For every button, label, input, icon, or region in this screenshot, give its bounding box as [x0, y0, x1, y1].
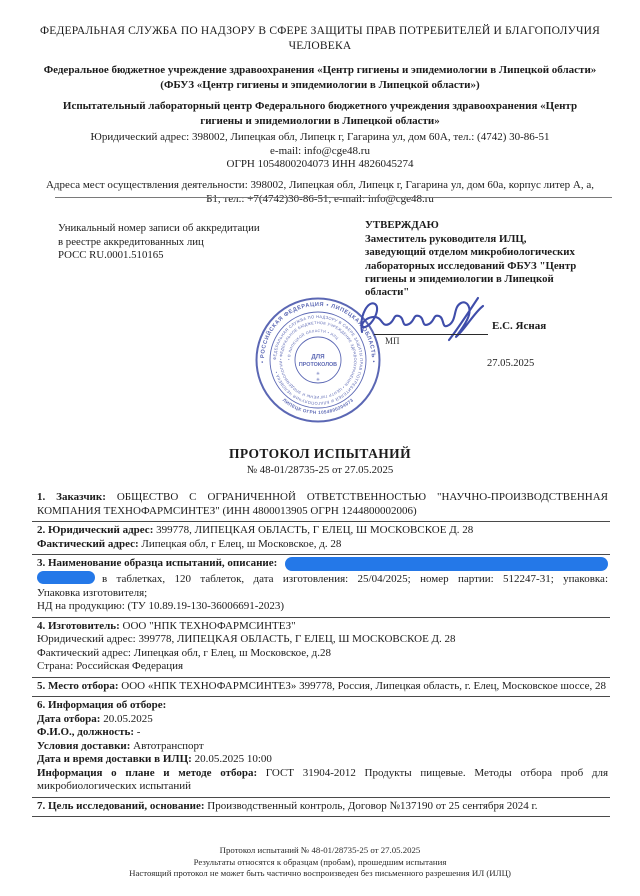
sampling-info-label: 6. Информация об отборе:	[37, 699, 166, 711]
actual-address-label: Фактический адрес:	[37, 538, 139, 550]
approval-block: УТВЕРЖДАЮ Заместитель руководителя ИЛЦ, …	[365, 219, 603, 299]
email-line: e-mail: info@cge48.ru	[30, 145, 610, 159]
sampling-method-label: Информация о плане и методе отбора:	[37, 767, 257, 779]
section-7-purpose: 7. Цель исследований, основание: Произво…	[32, 798, 610, 818]
manufacturer-label: 4. Изготовитель:	[37, 620, 120, 632]
section-3-sample: 3. Наименование образца испытаний, описа…	[32, 555, 610, 618]
protocol-title: ПРОТОКОЛ ИСПЫТАНИЙ	[0, 446, 640, 462]
approval-title: УТВЕРЖДАЮ	[365, 219, 603, 232]
section-6-sampling-info: 6. Информация об отборе: Дата отбора: 20…	[32, 697, 610, 798]
agency-name: ФЕДЕРАЛЬНАЯ СЛУЖБА ПО НАДЗОРУ В СФЕРЕ ЗА…	[30, 24, 610, 54]
protocol-title-block: ПРОТОКОЛ ИСПЫТАНИЙ № 48-01/28735-25 от 2…	[0, 446, 640, 476]
accreditation-number: РОСС RU.0001.510165	[58, 249, 260, 263]
footer-protocol-ref: Протокол испытаний № 48-01/28735-25 от 2…	[0, 845, 640, 857]
stamp-mark1: ✳	[316, 371, 320, 376]
legal-address-value: 399778, ЛИПЕЦКАЯ ОБЛАСТЬ, Г ЕЛЕЦ, Ш МОСК…	[156, 524, 473, 536]
section-4-manufacturer: 4. Изготовитель: ООО "НПК ТЕХНОФАРМСИНТЕ…	[32, 618, 610, 678]
stamp-place-label: МП	[385, 336, 400, 346]
signature-line	[374, 334, 488, 335]
accreditation-block: Уникальный номер записи об аккредитации …	[58, 222, 260, 263]
section-1-label: 1. Заказчик:	[37, 491, 106, 503]
accreditation-line2: в реестре аккредитованных лиц	[58, 236, 260, 250]
redaction-bar-2	[37, 571, 95, 584]
delivery-conditions-label: Условия доставки:	[37, 740, 130, 752]
stamp-center-line1: ДЛЯ	[311, 354, 325, 361]
document-header: ФЕДЕРАЛЬНАЯ СЛУЖБА ПО НАДЗОРУ В СФЕРЕ ЗА…	[30, 24, 610, 206]
redaction-bar-1	[285, 557, 608, 571]
stamp-center-line2: ПРОТОКОЛОВ	[299, 362, 337, 368]
protocol-number: № 48-01/28735-25 от 27.05.2025	[0, 464, 640, 476]
sample-nd: НД на продукцию: (ТУ 10.89.19-130-360066…	[37, 600, 608, 614]
purpose-label: 7. Цель исследований, основание:	[37, 800, 205, 812]
purpose-value: Производственный контроль, Договор №1371…	[207, 800, 537, 812]
section-2-addresses: 2. Юридический адрес: 399778, ЛИПЕЦКАЯ О…	[32, 522, 610, 555]
fio-label: Ф.И.О., должность:	[37, 726, 134, 738]
sample-description: в таблетках, 120 таблеток, дата изготовл…	[102, 573, 608, 585]
organization-name: Федеральное бюджетное учреждение здравоо…	[30, 63, 610, 92]
sampling-date-value: 20.05.2025	[103, 713, 153, 725]
page-footer: Протокол испытаний № 48-01/28735-25 от 2…	[0, 845, 640, 880]
legal-address: Юридический адрес: 398002, Липецкая обл,…	[30, 131, 610, 145]
footer-results-note: Результаты относятся к образцам (пробам)…	[0, 857, 640, 869]
actual-address-value: Липецкая обл, г Елец, ш Московское, д. 2…	[141, 538, 341, 550]
footer-reproduction-note: Настоящий протокол не может быть частичн…	[0, 868, 640, 880]
signature-scribble	[352, 290, 502, 350]
sample-packaging: Упаковка изготовителя;	[37, 587, 608, 601]
header-divider	[55, 197, 612, 198]
activity-addresses: Адреса мест осуществления деятельности: …	[30, 178, 610, 206]
stamp-outer-bottom-text: ЛИПЕЦК ОГРН 1054800204073	[282, 397, 355, 415]
section-5-sampling-place: 5. Место отбора: ООО «НПК ТЕХНОФАРМСИНТЕ…	[32, 678, 610, 698]
manufacturer-actual-address: Фактический адрес: Липецкая обл, г Елец,…	[37, 647, 608, 661]
sample-label: 3. Наименование образца испытаний, описа…	[37, 557, 277, 571]
protocol-body: 1. Заказчик: ОБЩЕСТВО С ОГРАНИЧЕННОЙ ОТВ…	[32, 489, 610, 817]
arrival-label: Дата и время доставки в ИЛЦ:	[37, 753, 192, 765]
sampling-place-label: 5. Место отбора:	[37, 680, 119, 692]
approval-date: 27.05.2025	[487, 358, 534, 369]
stamp-mark2: ✳	[316, 377, 320, 382]
laboratory-center-name: Испытательный лабораторный центр Федерал…	[30, 99, 610, 128]
svg-text:ЛИПЕЦК ОГРН 1054800204073: ЛИПЕЦК ОГРН 1054800204073	[282, 397, 355, 415]
arrival-value: 20.05.2025 10:00	[195, 753, 272, 765]
manufacturer-name: ООО "НПК ТЕХНОФАРМСИНТЕЗ"	[123, 620, 296, 632]
legal-address-label: 2. Юридический адрес:	[37, 524, 153, 536]
section-1-customer: 1. Заказчик: ОБЩЕСТВО С ОГРАНИЧЕННОЙ ОТВ…	[32, 489, 610, 522]
accreditation-line1: Уникальный номер записи об аккредитации	[58, 222, 260, 236]
sampling-place-value: ООО «НПК ТЕХНОФАРМСИНТЕЗ» 399778, Россия…	[121, 680, 606, 692]
fio-value: -	[137, 726, 141, 738]
delivery-conditions-value: Автотранспорт	[133, 740, 204, 752]
sampling-date-label: Дата отбора:	[37, 713, 100, 725]
manufacturer-legal-address: Юридический адрес: 399778, ЛИПЕЦКАЯ ОБЛА…	[37, 633, 608, 647]
section-1-text: ОБЩЕСТВО С ОГРАНИЧЕННОЙ ОТВЕТСТВЕННОСТЬЮ…	[37, 491, 608, 517]
protocol-document: ФЕДЕРАЛЬНАЯ СЛУЖБА ПО НАДЗОРУ В СФЕРЕ ЗА…	[0, 0, 640, 896]
manufacturer-country: Страна: Российская Федерация	[37, 660, 608, 674]
ogrn-inn-line: ОГРН 1054800204073 ИНН 4826045274	[30, 158, 610, 172]
signer-name: Е.С. Ясная	[492, 320, 546, 332]
